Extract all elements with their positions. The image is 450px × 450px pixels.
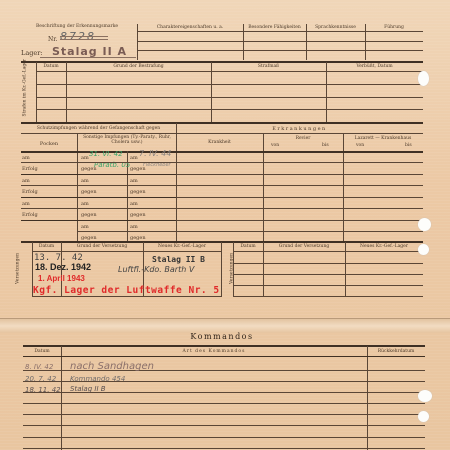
- vers-lager-1: Stalag II B: [152, 255, 205, 264]
- pow-record-card: Beschriftung der Erkennungsmarke Nr. 872…: [0, 0, 450, 450]
- am-label: am: [130, 155, 138, 161]
- vers-col-grund: Grund der Versetzung: [61, 244, 143, 250]
- kommandos-title: Kommandos: [21, 334, 423, 340]
- kommando-datum: 20. 7. 42: [25, 375, 56, 383]
- row-am-3: am: [22, 201, 30, 207]
- kommando-datum: 18. 11. 42: [25, 386, 61, 394]
- row-erfolg-1: Erfolg: [22, 166, 38, 172]
- col-sonstige: Sonstige Impfungen (Ty.-Paraty., Ruhr, C…: [80, 135, 174, 145]
- row-erfolg-3: Erfolg: [22, 212, 38, 218]
- card-fold: [0, 318, 450, 333]
- punch-hole: [418, 244, 429, 255]
- kgf-lager-stamp: Kgf. Lager der Luftwaffe Nr. 5: [33, 285, 220, 296]
- impfungen-title: Schutzimpfungen während der Gefangenscha…: [21, 126, 176, 132]
- revier-von: von: [271, 143, 279, 149]
- kommando-art: Stalag II B: [70, 385, 106, 393]
- vers2-col-grund: Grund der Versetzung: [263, 244, 345, 250]
- vers-date-3: 1. April 1943: [38, 274, 85, 283]
- punch-hole: [418, 411, 429, 422]
- vers2-col-datum: Datum: [233, 244, 263, 250]
- am-label: am: [81, 201, 89, 207]
- impfung-am-1: 31. VI. 42: [89, 150, 123, 158]
- strafen-col-datum: Datum: [36, 64, 66, 70]
- gegen-label: gegen: [81, 212, 97, 218]
- punch-hole: [418, 71, 429, 86]
- impfung-am-2: 7. IV. 44: [139, 149, 171, 158]
- kommando-datum: 8. IV. 42: [25, 363, 53, 371]
- lager-label: Lager:: [21, 50, 43, 56]
- strafen-col-grund: Grund der Bestrafung: [66, 64, 211, 70]
- col-revier: Revier: [263, 136, 343, 142]
- vers-col-lager: Neues Kr.-Gef.-Lager: [143, 244, 221, 250]
- am-label: am: [81, 224, 89, 230]
- row-erfolg-2: Erfolg: [22, 189, 38, 195]
- strafen-col-verbuesst: Verbüßt, Datum: [326, 64, 423, 70]
- row-am-1: am: [22, 155, 30, 161]
- kommando-art: Kommando 454: [70, 375, 125, 383]
- kommandos-col-rueckkehr: Rückkehrdatum: [367, 349, 425, 355]
- nr-label: Nr.: [48, 37, 57, 43]
- strafen-col-strafmass: Strafmaß: [211, 64, 326, 70]
- erkrankungen-title: Erkrankungen: [176, 126, 423, 132]
- lazarett-bis: bis: [405, 143, 412, 149]
- row-am-2: am: [22, 178, 30, 184]
- am-label: am: [130, 178, 138, 184]
- am-label: am: [81, 178, 89, 184]
- gegen-label: gegen: [130, 212, 146, 218]
- vers-lager-2: Luftfl.-Kdo. Barth V: [118, 265, 194, 274]
- kommando-art: nach Sandhagen: [70, 361, 154, 372]
- gegen-label: gegen: [130, 189, 146, 195]
- am-label: am: [81, 155, 89, 161]
- strafen-side-label: Strafen im Kr.-Gef.-Lager: [23, 67, 28, 117]
- vers-date-2: 18. Dez. 1942: [35, 262, 91, 272]
- kommandos-col-datum: Datum: [23, 349, 61, 355]
- punch-hole: [418, 390, 432, 402]
- gegen-label: gegen: [81, 189, 97, 195]
- versetzungen-side-label-left: Versetzungen: [16, 249, 21, 289]
- lazarett-von: von: [356, 143, 364, 149]
- punch-hole: [418, 218, 431, 231]
- am-label: am: [130, 201, 138, 207]
- am-label: am: [130, 224, 138, 230]
- kommandos-col-art: Art des Kommandos: [61, 349, 367, 355]
- col-krankheit: Krankheit: [176, 140, 263, 146]
- col-pocken: Pocken: [21, 141, 77, 147]
- col-lazarett: Lazarett — Krankenhaus: [343, 136, 423, 142]
- vers-col-datum: Datum: [32, 244, 61, 250]
- revier-bis: bis: [322, 143, 329, 149]
- vers2-col-lager: Neues Kr.-Gef.-Lager: [345, 244, 423, 250]
